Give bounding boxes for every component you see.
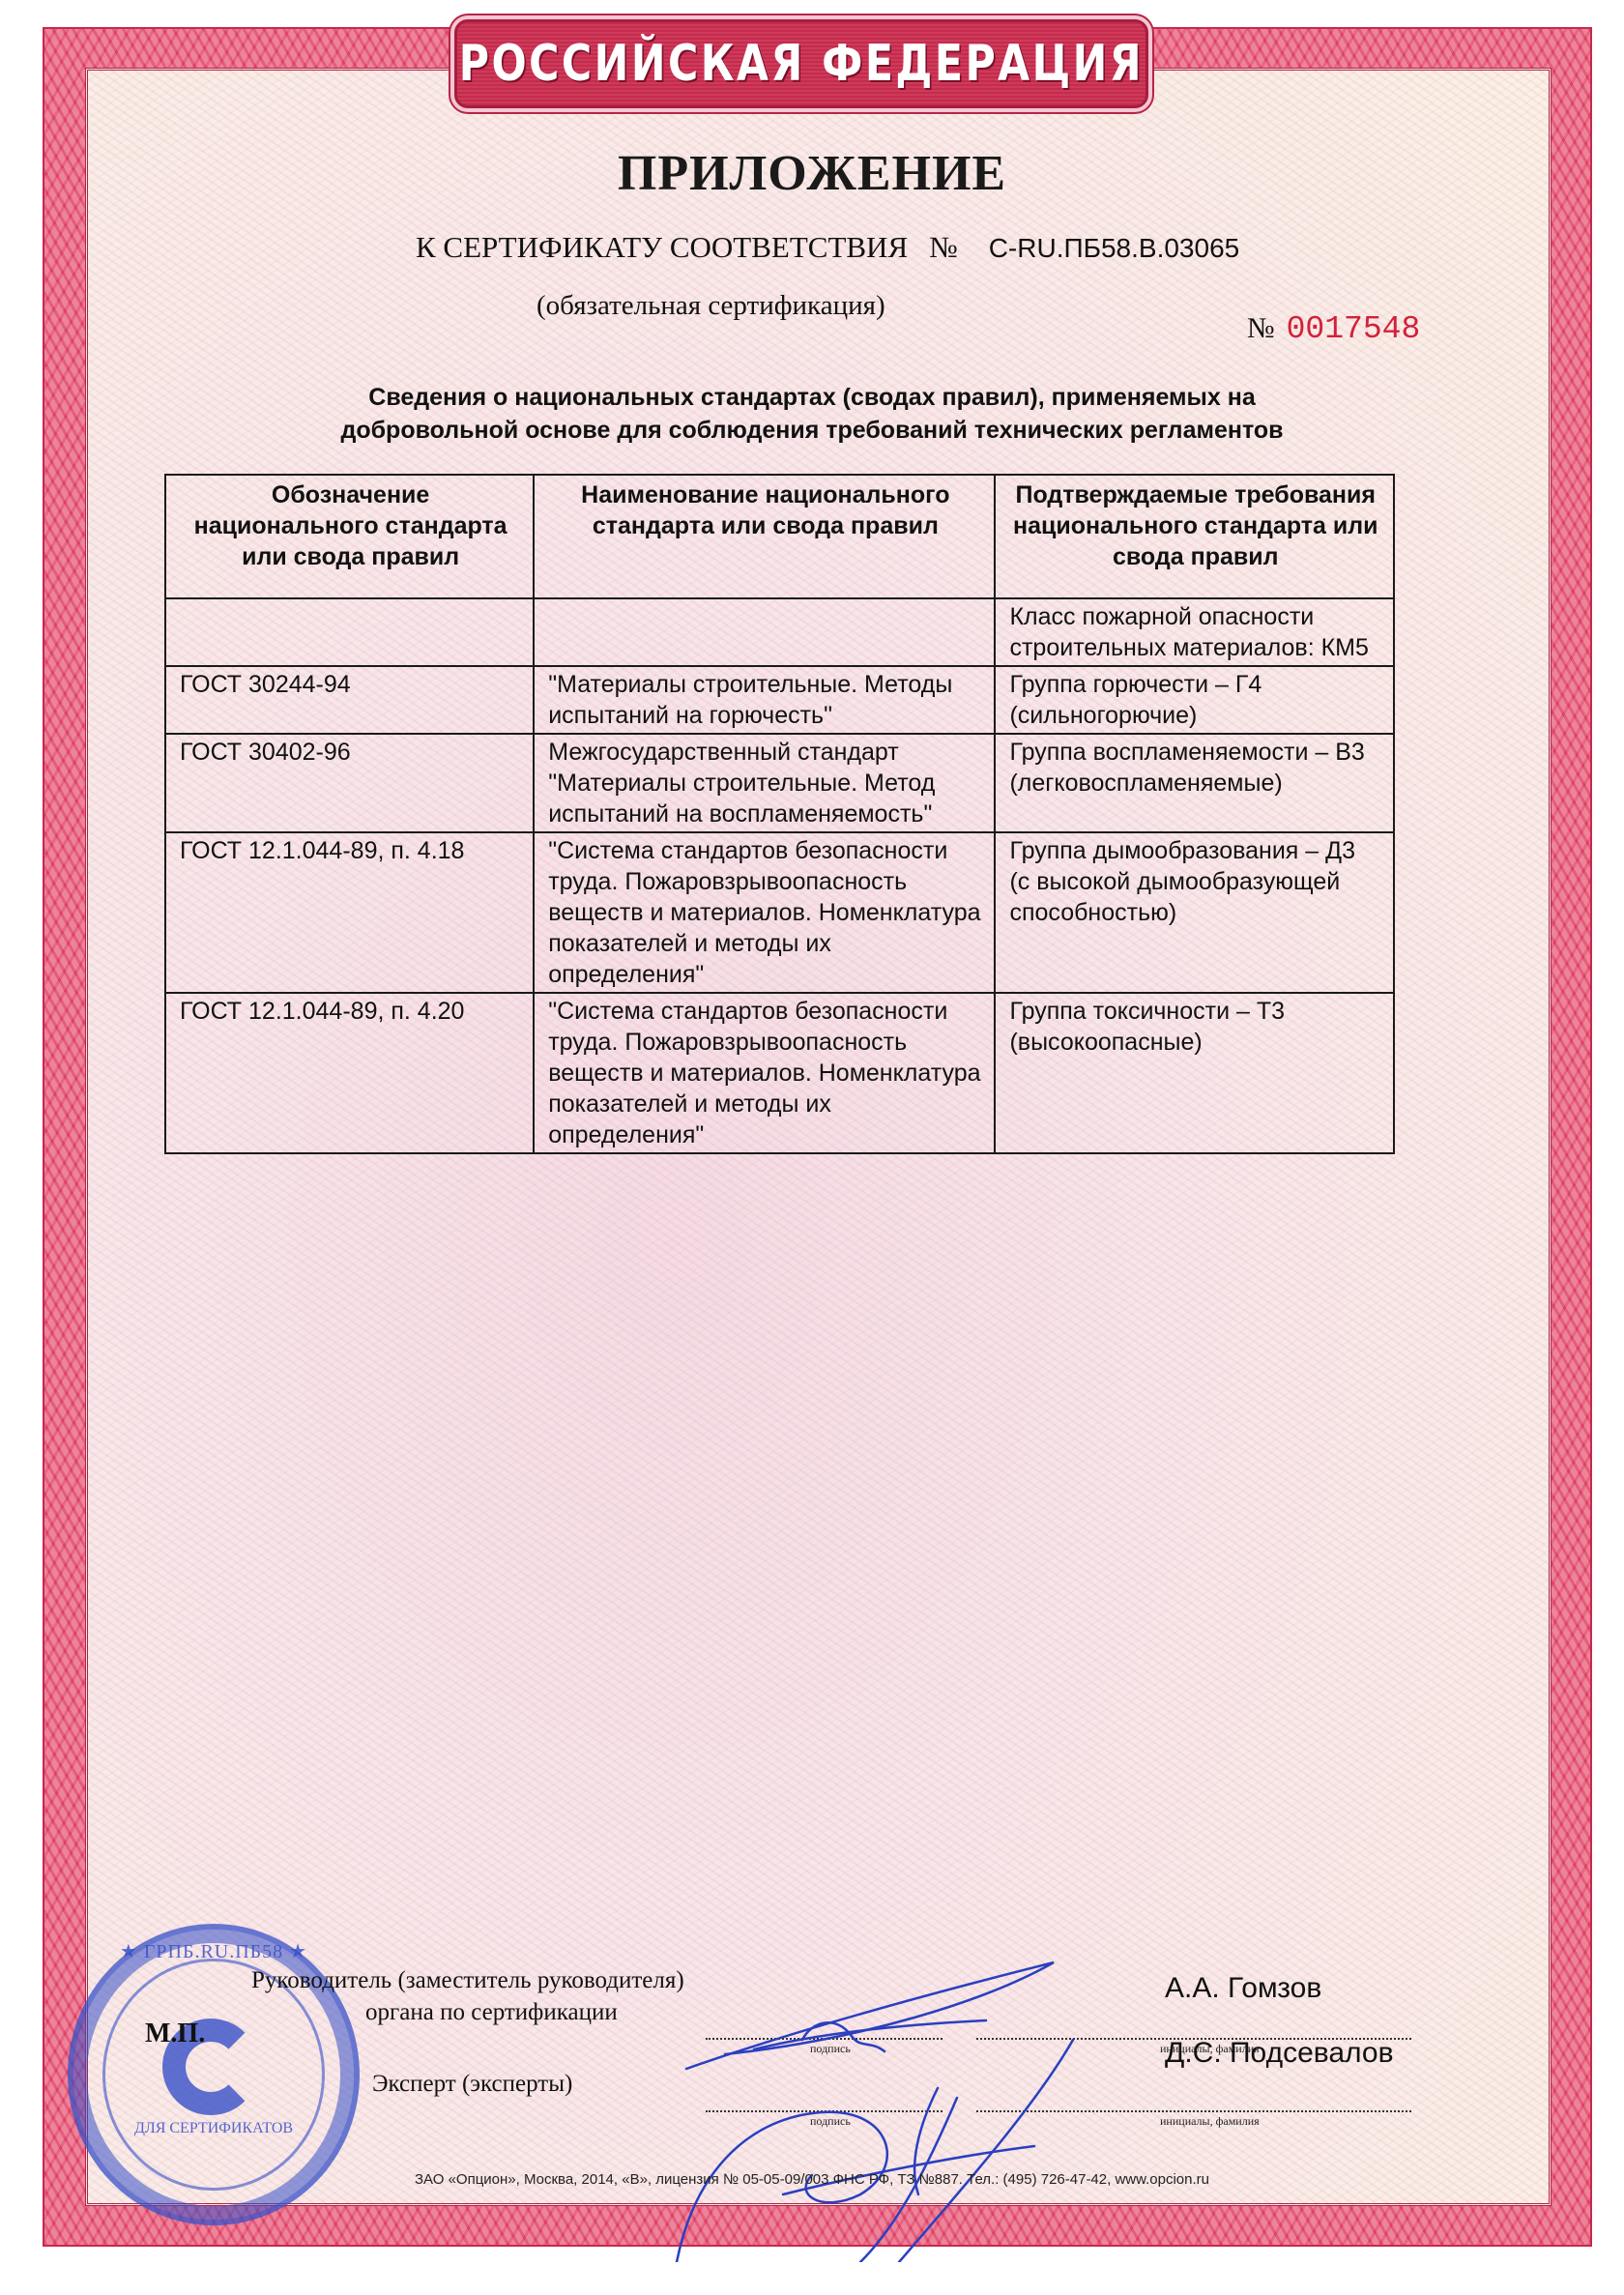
table-row: ГОСТ 12.1.044-89, п. 4.18 "Система станд… [165, 832, 1394, 993]
table-row: ГОСТ 12.1.044-89, п. 4.20 "Система станд… [165, 993, 1394, 1153]
table-row: Класс пожарной опасности строительных ма… [165, 598, 1394, 666]
country-banner: РОССИЙСКАЯ ФЕДЕРАЦИЯ [454, 19, 1148, 108]
document-title: ПРИЛОЖЕНИЕ [0, 145, 1624, 202]
column-header-designation: Обозначение национального стандарта или … [165, 475, 534, 598]
banner-text: РОССИЙСКАЯ ФЕДЕРАЦИЯ [459, 35, 1144, 93]
number-sign: № [929, 230, 958, 264]
cell-designation: ГОСТ 12.1.044-89, п. 4.20 [165, 993, 534, 1153]
column-header-name: Наименование национального стандарта или… [534, 475, 995, 598]
head-label-line-1: Руководитель (заместитель руководителя) [251, 1967, 684, 1994]
printer-imprint: ЗАО «Опцион», Москва, 2014, «В», лицензи… [0, 2171, 1624, 2188]
cell-name: Межгосударственный стандарт "Материалы с… [534, 734, 995, 832]
seal-center-text: ДЛЯ СЕРТИФИКАТОВ [73, 2119, 354, 2138]
cell-name: "Система стандартов безопасности труда. … [534, 993, 995, 1153]
standards-table: Обозначение национального стандарта или … [164, 474, 1395, 1154]
certificate-reference: К СЕРТИФИКАТУ СООТВЕТСТВИЯ№C-RU.ПБ58.В.0… [416, 230, 1239, 265]
expert-label: Эксперт (эксперты) [372, 2071, 572, 2098]
intro-line-1: Сведения о национальных стандартах (свод… [0, 381, 1624, 414]
table-header-row: Обозначение национального стандарта или … [165, 475, 1394, 598]
expert-name: Д.С. Подсевалов [1165, 2037, 1394, 2070]
handwritten-signature-icon [667, 1943, 1092, 2262]
table-row: ГОСТ 30244-94 "Материалы строительные. М… [165, 666, 1394, 734]
certificate-number: C-RU.ПБ58.В.03065 [989, 233, 1240, 263]
serial-number: 0017548 [1287, 311, 1421, 347]
cell-designation: ГОСТ 30244-94 [165, 666, 534, 734]
cell-requirements: Группа воспламеняемости – В3 (легковоспл… [995, 734, 1394, 832]
cell-designation: ГОСТ 12.1.044-89, п. 4.18 [165, 832, 534, 993]
certification-type: (обязательная сертификация) [536, 290, 885, 322]
head-label-line-2: органа по сертификации [365, 1999, 618, 2026]
serial-sign: № [1247, 312, 1275, 344]
cell-designation [165, 598, 534, 666]
cell-name: "Система стандартов безопасности труда. … [534, 832, 995, 993]
cell-requirements: Группа дымообразования – Д3 (с высокой д… [995, 832, 1394, 993]
intro-text: Сведения о национальных стандартах (свод… [0, 381, 1624, 447]
expert-name-caption: инициалы, фамилия [1160, 2114, 1260, 2129]
table-row: ГОСТ 30402-96 Межгосударственный стандар… [165, 734, 1394, 832]
seal-place-label: М.П. [145, 2019, 205, 2049]
certificate-label: К СЕРТИФИКАТУ СООТВЕТСТВИЯ [416, 230, 908, 264]
cell-requirements: Группа токсичности – Т3 (высокоопасные) [995, 993, 1394, 1153]
cell-name: "Материалы строительные. Методы испытани… [534, 666, 995, 734]
intro-line-2: добровольной основе для соблюдения требо… [0, 414, 1624, 447]
form-serial: №0017548 [1247, 311, 1420, 347]
cell-name [534, 598, 995, 666]
seal-ring-text: ★ ГРПБ.RU.ПБ58 ★ [73, 1939, 354, 1963]
head-name: А.А. Гомзов [1165, 1972, 1321, 2005]
cell-requirements: Группа горючести – Г4 (сильногорючие) [995, 666, 1394, 734]
cell-requirements: Класс пожарной опасности строительных ма… [995, 598, 1394, 666]
cell-designation: ГОСТ 30402-96 [165, 734, 534, 832]
column-header-requirements: Подтверждаемые требования национального … [995, 475, 1394, 598]
